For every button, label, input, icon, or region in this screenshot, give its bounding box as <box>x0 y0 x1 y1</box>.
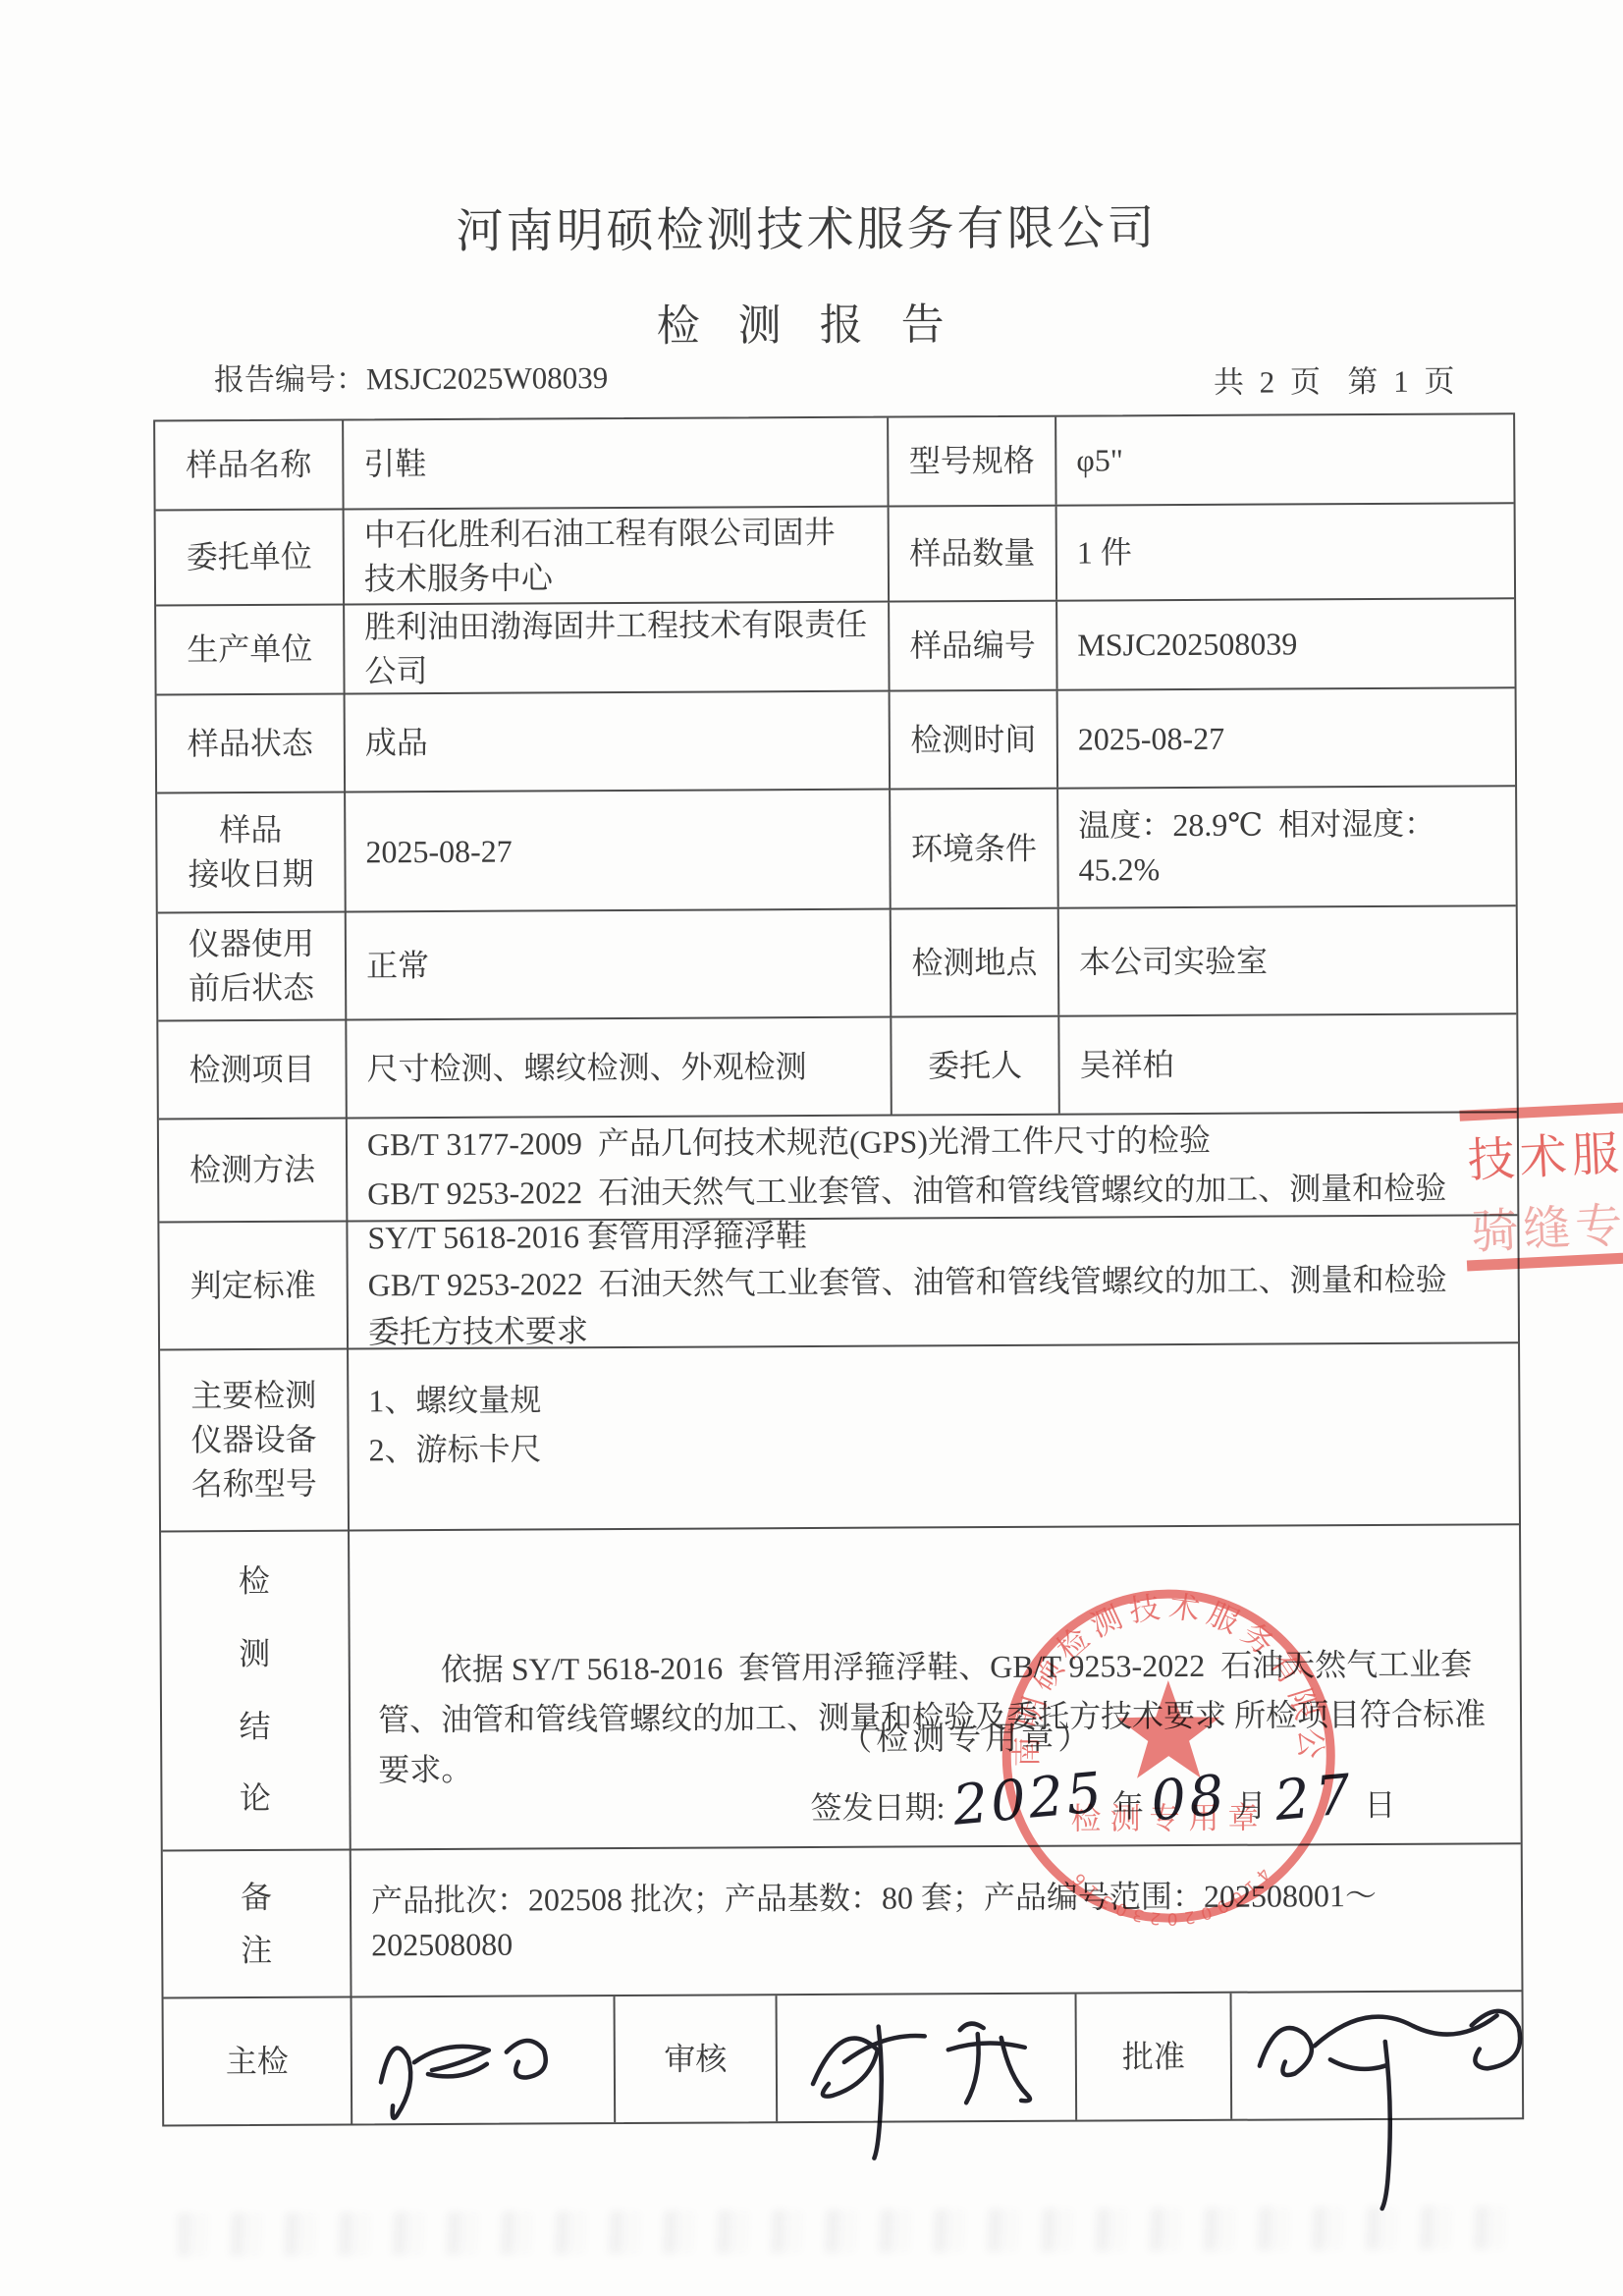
reviewer-signature-cell <box>778 1995 1078 2122</box>
value-manufacturer: 胜利油田渤海固井工程技术有限责任 公司 <box>345 603 890 693</box>
label-test-items: 检测项目 <box>158 1020 348 1118</box>
edge-seal-line2: 骑缝专用 <box>1470 1181 1623 1262</box>
handwritten-day: 27 <box>1272 1771 1359 1828</box>
label-reviewer: 审核 <box>616 1995 779 2122</box>
report-number: 报告编号：MSJC2025W08039 <box>214 353 609 399</box>
value-consignor: 吴祥柏 <box>1059 1014 1517 1113</box>
table-row: 检测方法 GB/T 3177-2009 产品几何技术规范(GPS)光滑工件尺寸的… <box>159 1113 1518 1223</box>
label-main-instruments: 主要检测 仪器设备 名称型号 <box>160 1349 350 1530</box>
handwritten-year: 2025 <box>950 1769 1107 1831</box>
report-number-value: MSJC2025W08039 <box>366 360 608 396</box>
day-unit: 日 <box>1364 1783 1395 1828</box>
handwritten-month: 08 <box>1150 1772 1230 1828</box>
label-judgment-standard: 判定标准 <box>159 1222 349 1348</box>
issue-date-line: 签发日期: 2025 年 08 月 27 日 <box>810 1774 1395 1831</box>
table-row: 仪器使用 前后状态 正常 检测地点 本公司实验室 <box>158 906 1517 1021</box>
label-chief-inspector: 主检 <box>164 1997 353 2124</box>
label-consignor: 委托人 <box>892 1017 1060 1115</box>
report-title: 检 测 报 告 <box>0 286 1619 357</box>
value-receive-date: 2025-08-27 <box>346 791 892 911</box>
ink-bleed-through <box>178 2206 1513 2256</box>
label-test-location: 检测地点 <box>892 909 1060 1016</box>
company-title: 河南明硕检测技术服务有限公司 <box>0 188 1618 264</box>
label-test-method: 检测方法 <box>159 1119 349 1221</box>
value-test-method: GB/T 3177-2009 产品几何技术规范(GPS)光滑工件尺寸的检验 GB… <box>348 1113 1518 1220</box>
value-sample-no: MSJC202508039 <box>1057 599 1514 688</box>
label-environment: 环境条件 <box>891 790 1059 908</box>
label-receive-date: 样品 接收日期 <box>157 793 347 911</box>
table-row: 判定标准 SY/T 5618-2016 套管用浮箍浮鞋 GB/T 9253-20… <box>159 1216 1518 1350</box>
value-sample-qty: 1 件 <box>1057 504 1514 599</box>
table-row: 主要检测 仪器设备 名称型号 1、螺纹量规 2、游标卡尺 <box>160 1343 1519 1532</box>
label-sample-state: 样品状态 <box>157 694 347 792</box>
report-table: 样品名称 引鞋 型号规格 φ5" 委托单位 中石化胜利石油工程有限公司固井 技术… <box>153 412 1524 2126</box>
value-model-spec: φ5" <box>1056 414 1513 504</box>
value-test-items: 尺寸检测、螺纹检测、外观检测 <box>347 1018 893 1118</box>
value-test-location: 本公司实验室 <box>1059 906 1517 1014</box>
label-sample-no: 样品编号 <box>890 602 1057 690</box>
value-instrument-state: 正常 <box>347 910 893 1019</box>
label-test-date: 检测时间 <box>891 691 1059 789</box>
edge-paging-seal: 技术服务有 骑缝专用 <box>1459 1097 1623 1271</box>
value-sample-state: 成品 <box>346 692 892 792</box>
page-info: 共 2 页 第 1 页 <box>1214 356 1459 402</box>
value-judgment-standard: SY/T 5618-2016 套管用浮箍浮鞋 GB/T 9253-2022 石油… <box>348 1216 1518 1347</box>
seal-note-text: （检测专用章） <box>839 1717 1094 1764</box>
value-test-date: 2025-08-27 <box>1058 688 1516 787</box>
month-unit: 月 <box>1235 1784 1267 1829</box>
value-client: 中石化胜利石油工程有限公司固井 技术服务中心 <box>345 508 890 604</box>
value-sample-name: 引鞋 <box>344 418 889 509</box>
signature-row: 主检 审核 批准 <box>164 1992 1523 2124</box>
label-sample-qty: 样品数量 <box>890 507 1057 601</box>
value-environment: 温度：28.9℃ 相对湿度：45.2% <box>1058 787 1516 906</box>
edge-seal-line1: 技术服务有 <box>1466 1110 1623 1190</box>
report-number-label: 报告编号： <box>214 361 366 397</box>
approver-signature-cell <box>1232 1992 1523 2119</box>
issue-date-label: 签发日期: <box>810 1785 945 1831</box>
conclusion-cell: 依据 SY/T 5618-2016 套管用浮箍浮鞋、GB/T 9253-2022… <box>350 1525 1521 1848</box>
report-page: 河南明硕检测技术服务有限公司 检 测 报 告 报告编号：MSJC2025W080… <box>0 0 1623 2296</box>
table-row: 样品状态 成品 检测时间 2025-08-27 <box>157 688 1516 793</box>
label-conclusion: 检 测 结 论 <box>161 1531 352 1849</box>
label-approver: 批准 <box>1077 1994 1233 2120</box>
table-row: 检测项目 尺寸检测、螺纹检测、外观检测 委托人 吴祥柏 <box>158 1014 1517 1120</box>
label-instrument-state: 仪器使用 前后状态 <box>158 912 348 1019</box>
table-row: 检 测 结 论 依据 SY/T 5618-2016 套管用浮箍浮鞋、GB/T 9… <box>161 1525 1521 1851</box>
chief-inspector-signature-cell <box>352 1996 617 2123</box>
label-remark: 备 注 <box>163 1850 352 1996</box>
value-main-instruments: 1、螺纹量规 2、游标卡尺 <box>349 1343 1519 1529</box>
table-row: 样品 接收日期 2025-08-27 环境条件 温度：28.9℃ 相对湿度：45… <box>157 787 1516 913</box>
table-row: 生产单位 胜利油田渤海固井工程技术有限责任 公司 样品编号 MSJC202508… <box>156 599 1514 695</box>
label-client: 委托单位 <box>156 510 345 604</box>
year-unit: 年 <box>1112 1784 1144 1829</box>
table-row: 委托单位 中石化胜利石油工程有限公司固井 技术服务中心 样品数量 1 件 <box>156 504 1514 606</box>
label-manufacturer: 生产单位 <box>156 605 345 693</box>
label-sample-name: 样品名称 <box>155 420 344 509</box>
table-row: 样品名称 引鞋 型号规格 φ5" <box>155 414 1513 511</box>
label-model-spec: 型号规格 <box>889 417 1056 506</box>
